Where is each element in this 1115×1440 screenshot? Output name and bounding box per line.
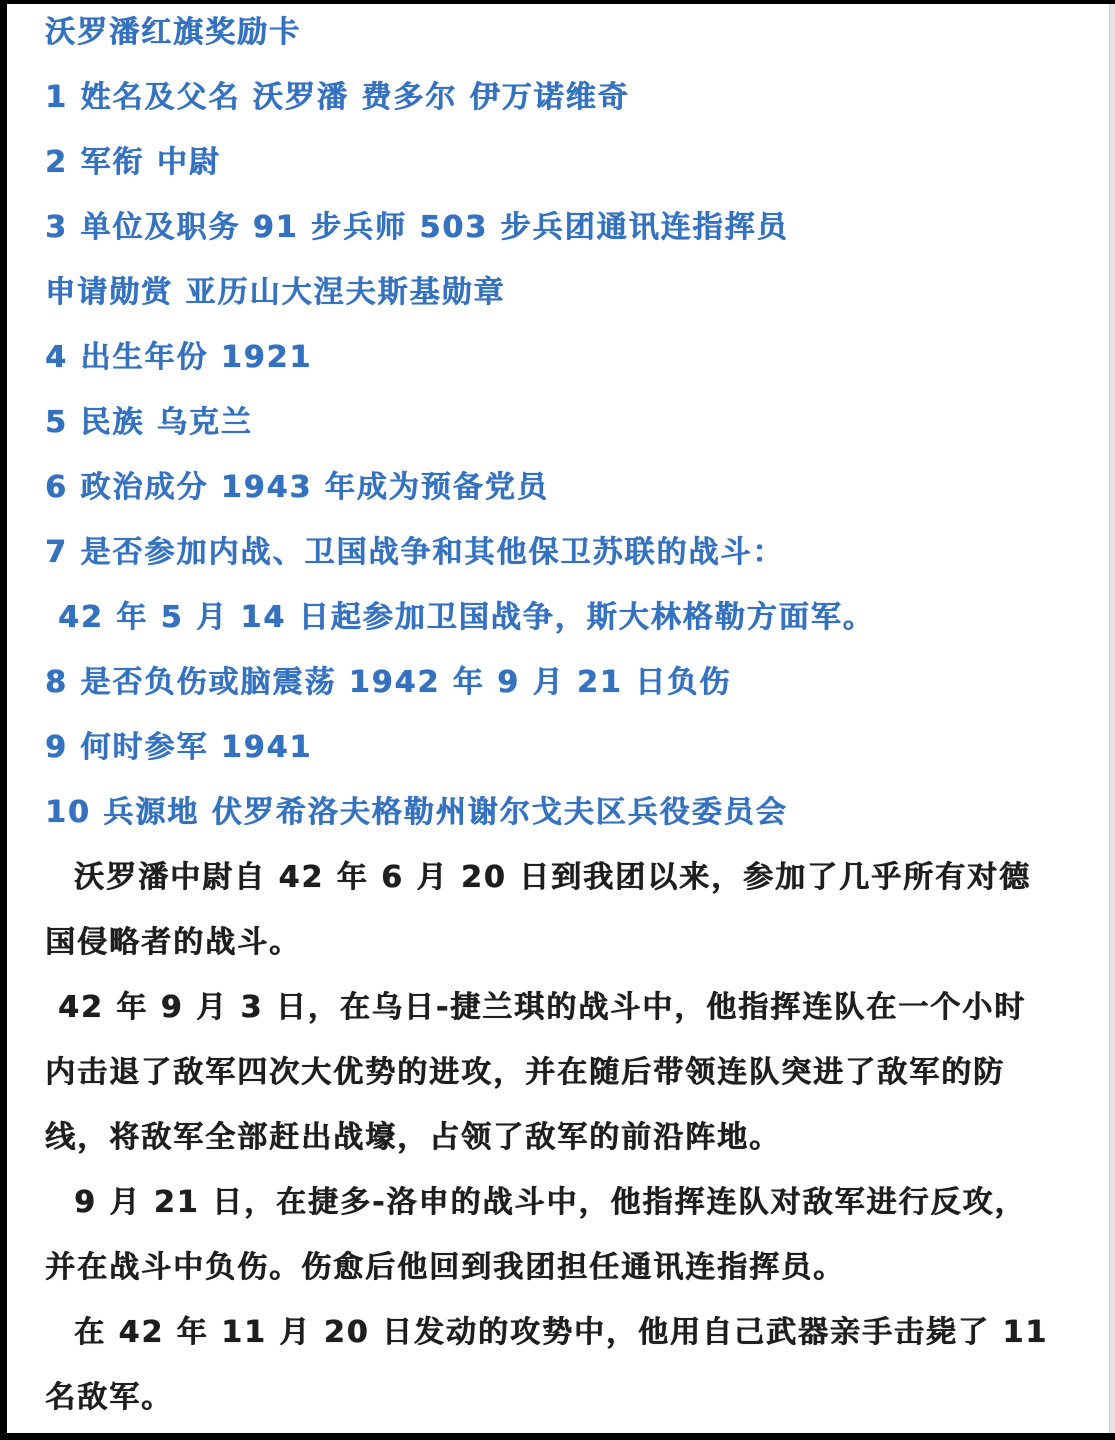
document-line: 在 42 年 11 月 20 日发动的攻势中，他用自己武器亲手击毙了 11 (74, 1313, 1048, 1353)
scrollbar-track[interactable] (1109, 4, 1115, 1433)
frame-border-top (0, 0, 1115, 4)
document-line: 42 年 9 月 3 日，在乌日-捷兰琪的战斗中，他指挥连队在一个小时 (58, 988, 1026, 1028)
frame-border-left (0, 0, 7, 1440)
document-line: 42 年 5 月 14 日起参加卫国战争，斯大林格勒方面军。 (58, 598, 875, 638)
document-line: 7 是否参加内战、卫国战争和其他保卫苏联的战斗： (45, 533, 784, 573)
document-line: 名敌军。 (45, 1378, 173, 1418)
document-line: 沃罗潘中尉自 42 年 6 月 20 日到我团以来，参加了几乎所有对德 (74, 858, 1031, 898)
document-page: 沃罗潘红旗奖励卡1 姓名及父名 沃罗潘 费多尔 伊万诺维奇2 军衔 中尉3 单位… (0, 0, 1115, 1440)
document-title: 沃罗潘红旗奖励卡 (45, 13, 301, 53)
document-line: 1 姓名及父名 沃罗潘 费多尔 伊万诺维奇 (45, 78, 630, 118)
document-line: 9 何时参军 1941 (45, 728, 312, 768)
document-line: 10 兵源地 伏罗希洛夫格勒州谢尔戈夫区兵役委员会 (45, 793, 788, 833)
document-line: 国侵略者的战斗。 (45, 923, 301, 963)
document-line: 3 单位及职务 91 步兵师 503 步兵团通讯连指挥员 (45, 208, 788, 248)
document-line: 4 出生年份 1921 (45, 338, 312, 378)
document-line: 9 月 21 日，在捷多-洛申的战斗中，他指挥连队对敌军进行反攻， (74, 1183, 1026, 1223)
document-line: 5 民族 乌克兰 (45, 403, 253, 443)
document-line: 并在战斗中负伤。伤愈后他回到我团担任通讯连指挥员。 (45, 1248, 845, 1288)
document-line: 线，将敌军全部赶出战壕，占领了敌军的前沿阵地。 (45, 1118, 781, 1158)
document-line: 内击退了敌军四次大优势的进攻，并在随后带领连队突进了敌军的防 (45, 1053, 1005, 1093)
document-line: 8 是否负伤或脑震荡 1942 年 9 月 21 日负伤 (45, 663, 731, 703)
document-line: 2 军衔 中尉 (45, 143, 221, 183)
document-line: 申请勋赏 亚历山大涅夫斯基勋章 (45, 273, 505, 313)
frame-border-bottom (0, 1433, 1115, 1440)
document-line: 6 政治成分 1943 年成为预备党员 (45, 468, 549, 508)
